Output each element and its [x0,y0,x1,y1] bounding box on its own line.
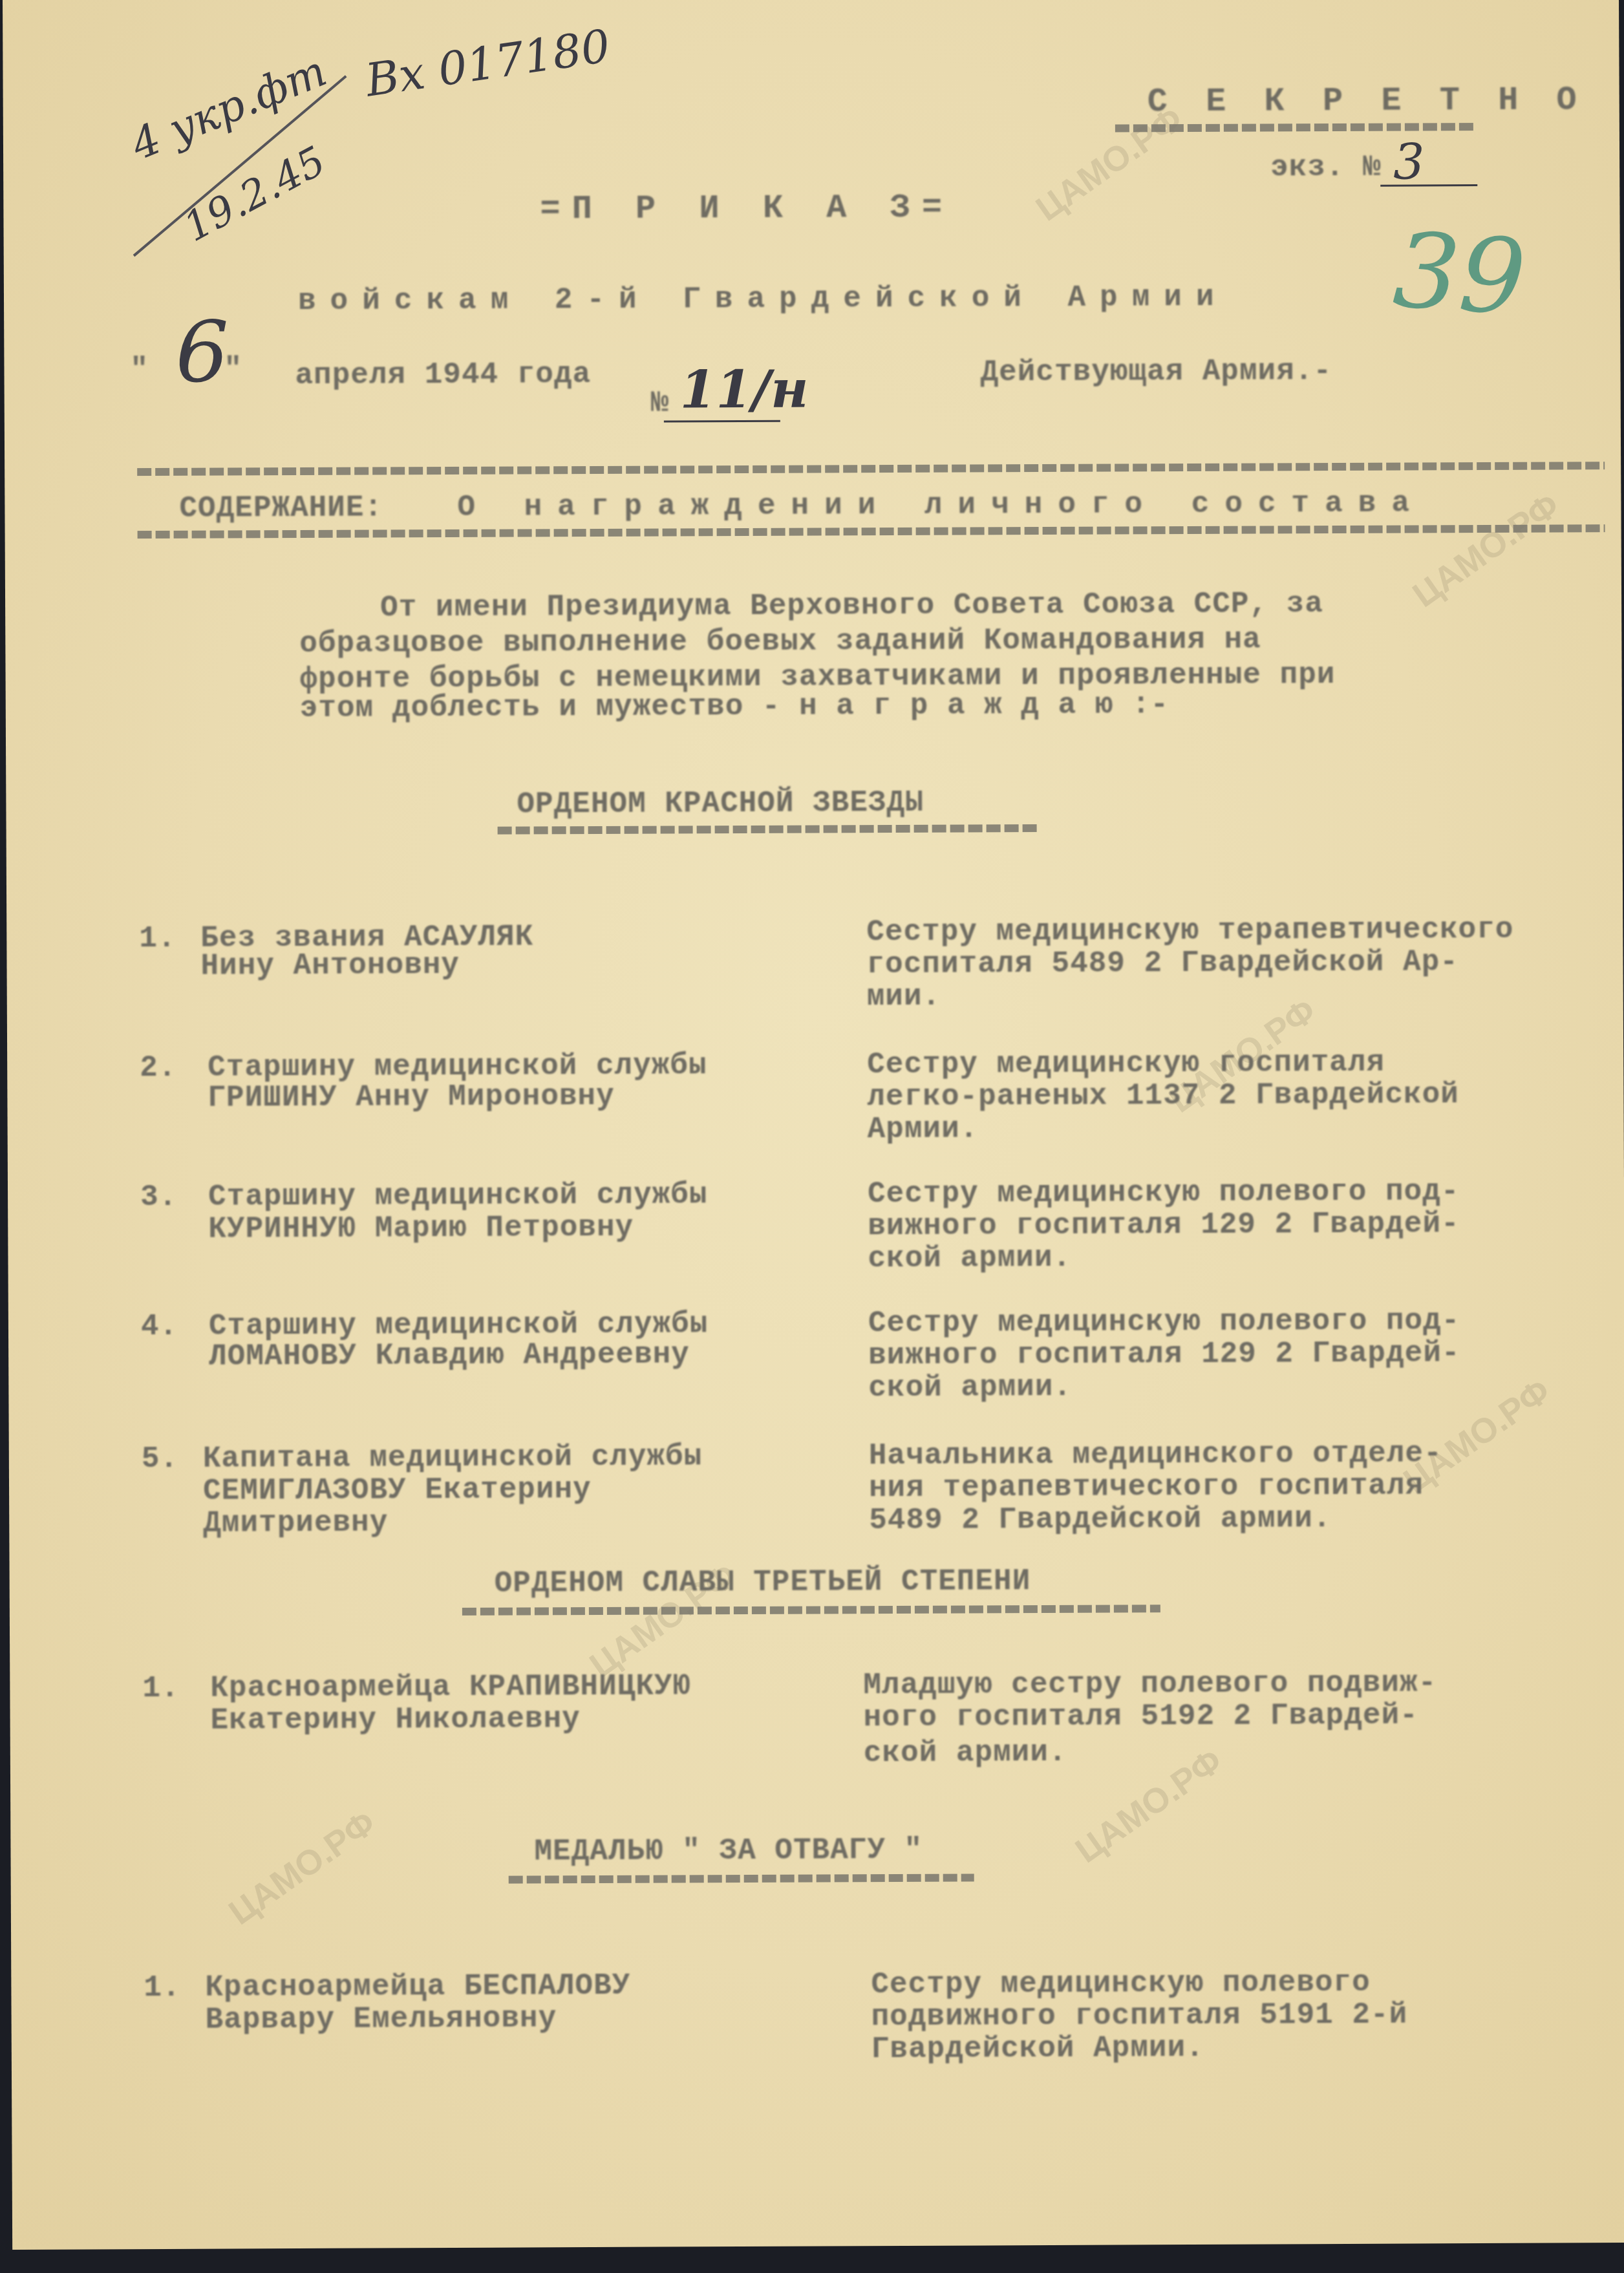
entry-number: 2. [140,1050,176,1086]
entry-name: Дмитриевну [203,1504,388,1541]
watermark: ЦАМО.РФ [1405,485,1567,615]
classification-underline [1115,123,1477,132]
entry-name: СЕМИГЛАЗОВУ Екатерину [203,1471,592,1510]
copy-label: экз. № [1270,149,1382,186]
section-heading-underline [462,1605,1160,1616]
entry-position: вижного госпиталя 129 2 Гвардей- [868,1335,1460,1374]
entry-position: подвижного госпиталя 5191 2-й [871,1997,1408,2036]
entry-position: госпиталя 5489 2 Гвардейской Ар- [866,944,1458,983]
entry-position: вижного госпиталя 129 2 Гвардей- [868,1206,1460,1244]
date-quote-close: " [224,351,242,387]
entry-position: ской армии. [864,1734,1067,1771]
date-quote-open: " [130,352,149,388]
section-heading-underline [498,824,1041,835]
entry-position: ного госпиталя 5192 2 Гвардей- [863,1697,1418,1736]
entry-position: мии. [867,979,941,1015]
entry-position: ния терапевтического госпиталя [869,1467,1424,1506]
watermark: ЦАМО.РФ [222,1802,383,1933]
entry-name: Капитана медицинской службы [203,1438,703,1477]
section-heading: МЕДАЛЬЮ " ЗА ОТВАГУ " [534,1832,923,1870]
subject-rule-top [137,462,1605,476]
order-number: 11/н [679,359,808,420]
subject-label: СОДЕРЖАНИЕ: [179,489,383,526]
entry-name: Красноармейца КРАПИВНИЦКУЮ [210,1668,691,1706]
date-month-year: апреля 1944 года [295,356,591,394]
entry-position: 5489 2 Гвардейской армии. [869,1500,1331,1539]
entry-number: 1. [139,921,176,957]
preamble-line: этом доблесть и мужество - н а г р а ж д… [300,687,1170,727]
entry-position: Армии. [868,1111,979,1147]
section-heading: ОРДЕНОМ КРАСНОЙ ЗВЕЗДЫ [517,785,924,823]
date-day: 6 [175,303,229,401]
section-heading: ОРДЕНОМ СЛАВЫ ТРЕТЬЕЙ СТЕПЕНИ [495,1563,1031,1602]
entry-number: 5. [142,1441,178,1477]
entry-number: 1. [144,1970,180,2006]
entry-number: 3. [140,1179,177,1215]
incoming-number: Вх 017180 [363,19,614,107]
sheet-number: 39 [1390,209,1529,339]
entry-name: Екатерину Николаевну [210,1701,580,1738]
classification-label: С Е К Р Е Т Н О [1148,82,1586,120]
entry-position: легко-раненых 1137 2 Гвардейской [867,1076,1459,1115]
subject-text: О награждении личного состава [457,485,1425,526]
document-title: =П Р И К А З= [540,190,954,228]
watermark: ЦАМО.РФ [1068,1740,1230,1871]
entry-position: ской армии. [868,1240,1071,1277]
entry-name: Варвару Емельяновну [206,2000,557,2038]
order-number-underline [664,420,780,423]
entry-name: ГРИШИНУ Анну Мироновну [208,1078,615,1116]
entry-name: КУРИННУЮ Марию Петровну [208,1210,634,1248]
entry-name: Красноармейца БЕСПАЛОВУ [205,1968,630,2006]
entry-position: ской армии. [868,1369,1072,1406]
number-sign: № [651,385,670,422]
location: Действующая Армия.- [980,353,1332,390]
addressee: войскам 2-й Гвардейской Армии [298,279,1228,319]
section-heading-underline [509,1873,974,1883]
copy-number-underline [1380,184,1477,187]
entry-position: Гвардейской Армии. [871,2030,1204,2067]
document-page: ЦАМО.РФ ЦАМО.РФ ЦАМО.РФ ЦАМО.РФ ЦАМО.РФ … [3,0,1624,2250]
preamble-line: От имени Президиума Верховного Совета Со… [380,586,1323,626]
preamble-line: образцовое выполнение боевых заданий Ком… [299,622,1261,662]
copy-number: 3 [1393,133,1425,190]
entry-number: 4. [141,1308,178,1345]
entry-name: ЛОМАНОВУ Клавдию Андреевну [209,1336,690,1374]
entry-name: Нину Антоновну [200,947,460,985]
subject-rule-bottom [138,524,1605,539]
entry-number: 1. [142,1670,179,1707]
